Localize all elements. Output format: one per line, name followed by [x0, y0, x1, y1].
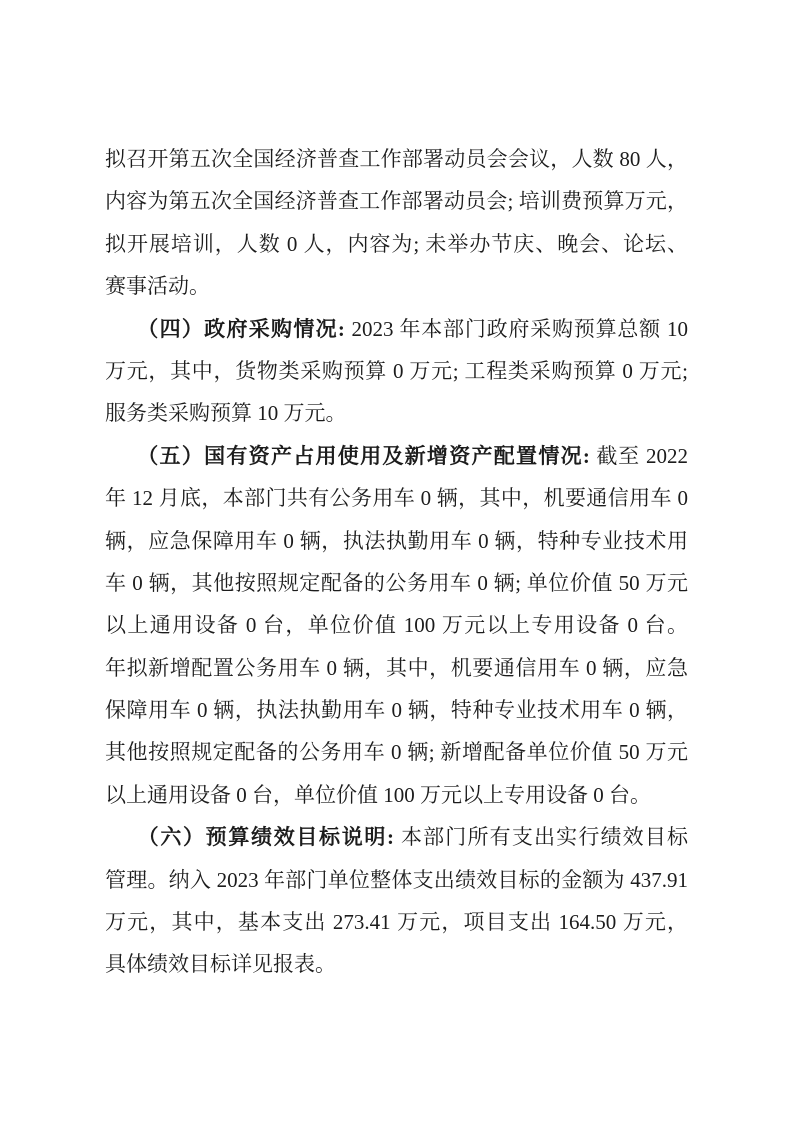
line-text: 内容为第五次全国经济普查工作部署动员会; 培训费预算万元，	[105, 189, 688, 213]
text-line: 以上通用设备 0 台，单位价值 100 万元以上专用设备 0 台。	[105, 774, 688, 816]
line-text: 保障用车 0 辆，执法执勤用车 0 辆，特种专业技术用车 0 辆，	[105, 698, 688, 722]
line-text: 服务类采购预算 10 万元。	[105, 401, 347, 425]
paragraph-indent	[105, 335, 137, 336]
document-body: 拟召开第五次全国经济普查工作部署动员会会议，人数 80 人，内容为第五次全国经济…	[105, 138, 688, 986]
text-line: （五）国有资产占用使用及新增资产配置情况: 截至 2022	[105, 435, 688, 477]
paragraph: （六）预算绩效目标说明: 本部门所有支出实行绩效目标管理。纳入 2023 年部门…	[105, 816, 688, 986]
text-line: 车 0 辆，其他按照规定配备的公务用车 0 辆; 单位价值 50 万元	[105, 562, 688, 604]
line-text: 管理。纳入 2023 年部门单位整体支出绩效目标的金额为 437.91	[105, 868, 688, 892]
text-line: 以上通用设备 0 台，单位价值 100 万元以上专用设备 0 台。2023	[105, 604, 688, 646]
text-line: 年 12 月底，本部门共有公务用车 0 辆，其中，机要通信用车 0	[105, 477, 688, 519]
line-text: 截至 2022	[590, 444, 688, 468]
line-text: 年 12 月底，本部门共有公务用车 0 辆，其中，机要通信用车 0	[105, 486, 688, 510]
line-text: 以上通用设备 0 台，单位价值 100 万元以上专用设备 0 台。2023	[105, 613, 688, 646]
line-text: 其他按照规定配备的公务用车 0 辆; 新增配备单位价值 50 万元	[105, 740, 688, 764]
text-line: 保障用车 0 辆，执法执勤用车 0 辆，特种专业技术用车 0 辆，	[105, 689, 688, 731]
line-text: 拟开展培训，人数 0 人，内容为; 未举办节庆、晚会、论坛、	[105, 232, 688, 256]
text-line: 拟开展培训，人数 0 人，内容为; 未举办节庆、晚会、论坛、	[105, 223, 688, 265]
paragraph: （四）政府采购情况: 2023 年本部门政府采购预算总额 10万元，其中，货物类…	[105, 308, 688, 435]
paragraph: 拟召开第五次全国经济普查工作部署动员会会议，人数 80 人，内容为第五次全国经济…	[105, 138, 688, 308]
line-text: 万元，其中，货物类采购预算 0 万元; 工程类采购预算 0 万元;	[105, 359, 688, 383]
section-heading: （四）政府采购情况:	[137, 317, 346, 341]
line-text: 具体绩效目标详见报表。	[105, 952, 336, 976]
text-line: 万元，其中，货物类采购预算 0 万元; 工程类采购预算 0 万元;	[105, 350, 688, 392]
text-line: 其他按照规定配备的公务用车 0 辆; 新增配备单位价值 50 万元	[105, 731, 688, 773]
text-line: 拟召开第五次全国经济普查工作部署动员会会议，人数 80 人，	[105, 138, 688, 180]
section-heading: （五）国有资产占用使用及新增资产配置情况:	[137, 444, 591, 468]
text-line: 具体绩效目标详见报表。	[105, 943, 688, 985]
line-text: 赛事活动。	[105, 274, 210, 298]
paragraph-indent	[105, 843, 137, 844]
line-text: 车 0 辆，其他按照规定配备的公务用车 0 辆; 单位价值 50 万元	[105, 571, 688, 595]
document-page: 拟召开第五次全国经济普查工作部署动员会会议，人数 80 人，内容为第五次全国经济…	[0, 0, 793, 1122]
paragraph-indent	[105, 462, 137, 463]
text-line: 万元，其中，基本支出 273.41 万元，项目支出 164.50 万元，	[105, 901, 688, 943]
text-line: 年拟新增配置公务用车 0 辆，其中，机要通信用车 0 辆，应急	[105, 647, 688, 689]
line-text: 以上通用设备 0 台，单位价值 100 万元以上专用设备 0 台。	[105, 783, 651, 807]
text-line: 赛事活动。	[105, 265, 688, 307]
text-line: 辆，应急保障用车 0 辆，执法执勤用车 0 辆，特种专业技术用	[105, 520, 688, 562]
line-text: 万元，其中，基本支出 273.41 万元，项目支出 164.50 万元，	[105, 910, 688, 934]
paragraph: （五）国有资产占用使用及新增资产配置情况: 截至 2022年 12 月底，本部门…	[105, 435, 688, 817]
text-line: 内容为第五次全国经济普查工作部署动员会; 培训费预算万元，	[105, 180, 688, 222]
section-heading: （六）预算绩效目标说明:	[137, 825, 395, 849]
text-line: （四）政府采购情况: 2023 年本部门政府采购预算总额 10	[105, 308, 688, 350]
text-line: （六）预算绩效目标说明: 本部门所有支出实行绩效目标	[105, 816, 688, 858]
line-text: 拟召开第五次全国经济普查工作部署动员会会议，人数 80 人，	[105, 147, 688, 171]
text-line: 管理。纳入 2023 年部门单位整体支出绩效目标的金额为 437.91	[105, 859, 688, 901]
line-text: 本部门所有支出实行绩效目标	[395, 825, 688, 849]
text-line: 服务类采购预算 10 万元。	[105, 392, 688, 434]
line-text: 辆，应急保障用车 0 辆，执法执勤用车 0 辆，特种专业技术用	[105, 529, 688, 553]
line-text: 2023 年本部门政府采购预算总额 10	[345, 317, 688, 341]
line-text: 年拟新增配置公务用车 0 辆，其中，机要通信用车 0 辆，应急	[105, 656, 688, 680]
